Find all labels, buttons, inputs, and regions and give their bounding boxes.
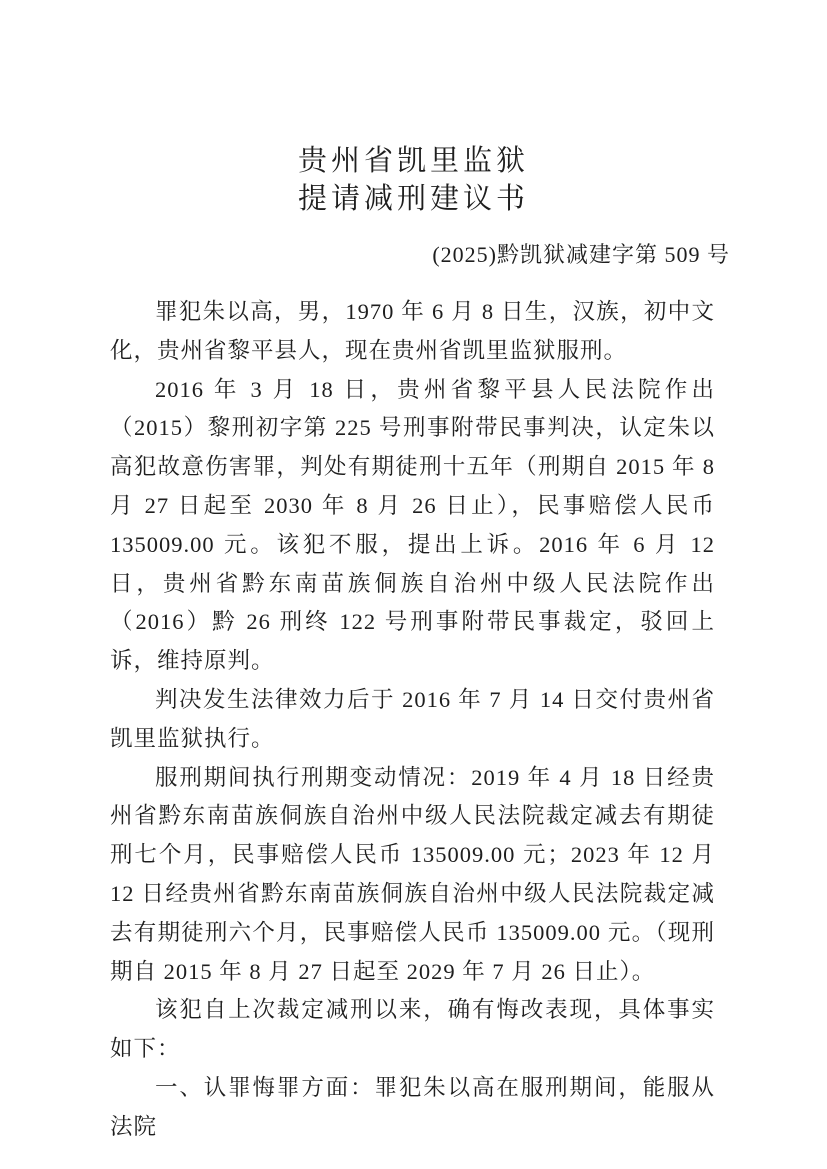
document-title: 贵州省凯里监狱 提请减刑建议书 <box>0 142 827 218</box>
paragraph-sentence-changes: 服刑期间执行刑期变动情况：2019 年 4 月 18 日经贵州省黔东南苗族侗族自… <box>110 759 715 992</box>
paragraph-original-judgment: 2016 年 3 月 18 日，贵州省黎平县人民法院作出（2015）黎刑初字第 … <box>110 371 715 681</box>
title-document-type: 提请减刑建议书 <box>0 180 827 218</box>
paragraph-repentance-intro: 该犯自上次裁定减刑以来，确有悔改表现，具体事实如下： <box>110 991 715 1069</box>
document-body: 罪犯朱以高，男，1970 年 6 月 8 日生，汉族，初中文化，贵州省黎平县人，… <box>0 293 827 1147</box>
paragraph-delivery-to-prison: 判决发生法律效力后于 2016 年 7 月 14 日交付贵州省凯里监狱执行。 <box>110 681 715 759</box>
document-number: (2025)黔凯狱减建字第 509 号 <box>0 236 827 274</box>
paragraph-repentance-item-1: 一、认罪悔罪方面：罪犯朱以高在服刑期间，能服从法院 <box>110 1069 715 1147</box>
paragraph-offender-info: 罪犯朱以高，男，1970 年 6 月 8 日生，汉族，初中文化，贵州省黎平县人，… <box>110 293 715 371</box>
document-page: 贵州省凯里监狱 提请减刑建议书 (2025)黔凯狱减建字第 509 号 罪犯朱以… <box>0 0 827 1169</box>
title-prison-name: 贵州省凯里监狱 <box>0 142 827 180</box>
